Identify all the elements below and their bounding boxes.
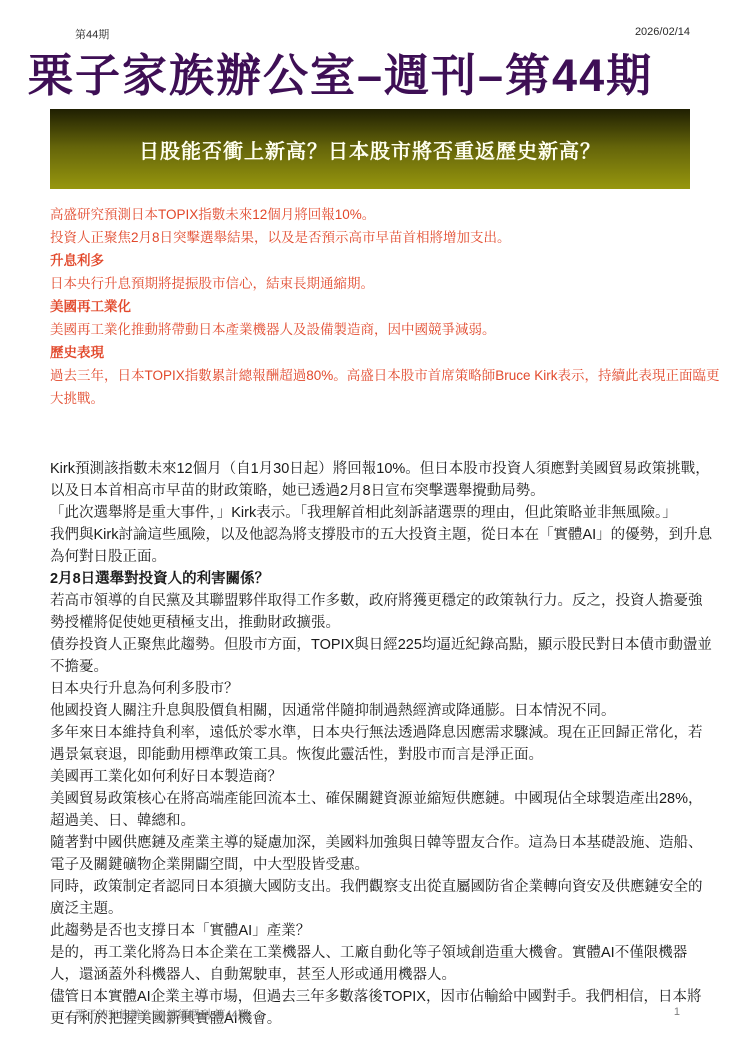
document-page: 第44期 2026/02/14 栗子家族辦公室–週刊–第44期 日股能否衝上新高… bbox=[0, 0, 740, 1064]
article-heading: 2月8日選舉對投資人的利害關係？ bbox=[50, 568, 714, 590]
article-heading: 美國再工業化如何利好日本製造商？ bbox=[50, 766, 714, 788]
headline-banner-text: 日股能否衝上新高？日本股市將否重返歷史新高？ bbox=[139, 135, 601, 164]
summary-heading: 歷史表現 bbox=[50, 341, 730, 364]
footer-text: 栗子的家族辦公室-總經週刊-第44期 bbox=[75, 1006, 249, 1022]
article-paragraph: 債券投資人正聚焦此趨勢。但股市方面，TOPIX與日經225均逼近紀錄高點，顯示股… bbox=[50, 634, 714, 678]
page-number: 1 bbox=[674, 1006, 680, 1022]
date-label: 2026/02/14 bbox=[635, 26, 690, 42]
summary-block: 高盛研究預測日本TOPIX指數未來12個月將回報10%。投資人正聚焦2月8日突擊… bbox=[50, 203, 730, 410]
article-paragraph: 是的，再工業化將為日本企業在工業機器人、工廠自動化等子領域創造重大機會。實體AI… bbox=[50, 942, 714, 986]
summary-paragraph: 美國再工業化推動將帶動日本產業機器人及設備製造商，因中國競爭減弱。 bbox=[50, 318, 730, 341]
summary-heading: 美國再工業化 bbox=[50, 295, 730, 318]
summary-paragraph: 過去三年，日本TOPIX指數累計總報酬超過80%。高盛日本股市首席策略師Bruc… bbox=[50, 364, 730, 410]
summary-paragraph: 日本央行升息預期將提振股市信心，結束長期通縮期。 bbox=[50, 272, 730, 295]
summary-paragraph: 投資人正聚焦2月8日突擊選舉結果，以及是否預示高市早苗首相將增加支出。 bbox=[50, 226, 730, 249]
article-paragraph: Kirk預測該指數未來12個月（自1月30日起）將回報10%。但日本股市投資人須… bbox=[50, 458, 714, 502]
article-heading: 此趨勢是否也支撐日本「實體AI」產業？ bbox=[50, 920, 714, 942]
headline-banner: 日股能否衝上新高？日本股市將否重返歷史新高？ bbox=[50, 109, 690, 189]
page-footer: 栗子的家族辦公室-總經週刊-第44期 1 bbox=[75, 1006, 680, 1022]
issue-label: 第44期 bbox=[75, 26, 109, 42]
article-heading: 日本央行升息為何利多股市？ bbox=[50, 678, 714, 700]
article-paragraph: 他國投資人關注升息與股價負相關，因通常伴隨抑制過熱經濟或降通膨。日本情況不同。 bbox=[50, 700, 714, 722]
page-meta-row: 第44期 2026/02/14 bbox=[0, 0, 740, 42]
summary-paragraph: 高盛研究預測日本TOPIX指數未來12個月將回報10%。 bbox=[50, 203, 730, 226]
article-paragraph: 美國貿易政策核心在將高端產能回流本土、確保關鍵資源並縮短供應鏈。中國現佔全球製造… bbox=[50, 788, 714, 832]
article-paragraph: 隨著對中國供應鏈及產業主導的疑慮加深，美國料加強與日韓等盟友合作。這為日本基礎設… bbox=[50, 832, 714, 876]
article-paragraph: 「此次選舉將是重大事件，」Kirk表示。「我理解首相此刻訴諸選票的理由，但此策略… bbox=[50, 502, 714, 524]
page-title: 栗子家族辦公室–週刊–第44期 bbox=[28, 48, 720, 104]
article-paragraph: 我們與Kirk討論這些風險，以及他認為將支撐股市的五大投資主題，從日本在「實體A… bbox=[50, 524, 714, 568]
article-paragraph: 多年來日本維持負利率，遠低於零水準，日本央行無法透過降息因應需求驟減。現在正回歸… bbox=[50, 722, 714, 766]
article-paragraph: 若高市領導的自民黨及其聯盟夥伴取得工作多數，政府將獲更穩定的政策執行力。反之，投… bbox=[50, 590, 714, 634]
summary-heading: 升息利多 bbox=[50, 249, 730, 272]
article-paragraph: 同時，政策制定者認同日本須擴大國防支出。我們觀察支出從直屬國防省企業轉向資安及供… bbox=[50, 876, 714, 920]
article-body: Kirk預測該指數未來12個月（自1月30日起）將回報10%。但日本股市投資人須… bbox=[50, 458, 714, 1030]
